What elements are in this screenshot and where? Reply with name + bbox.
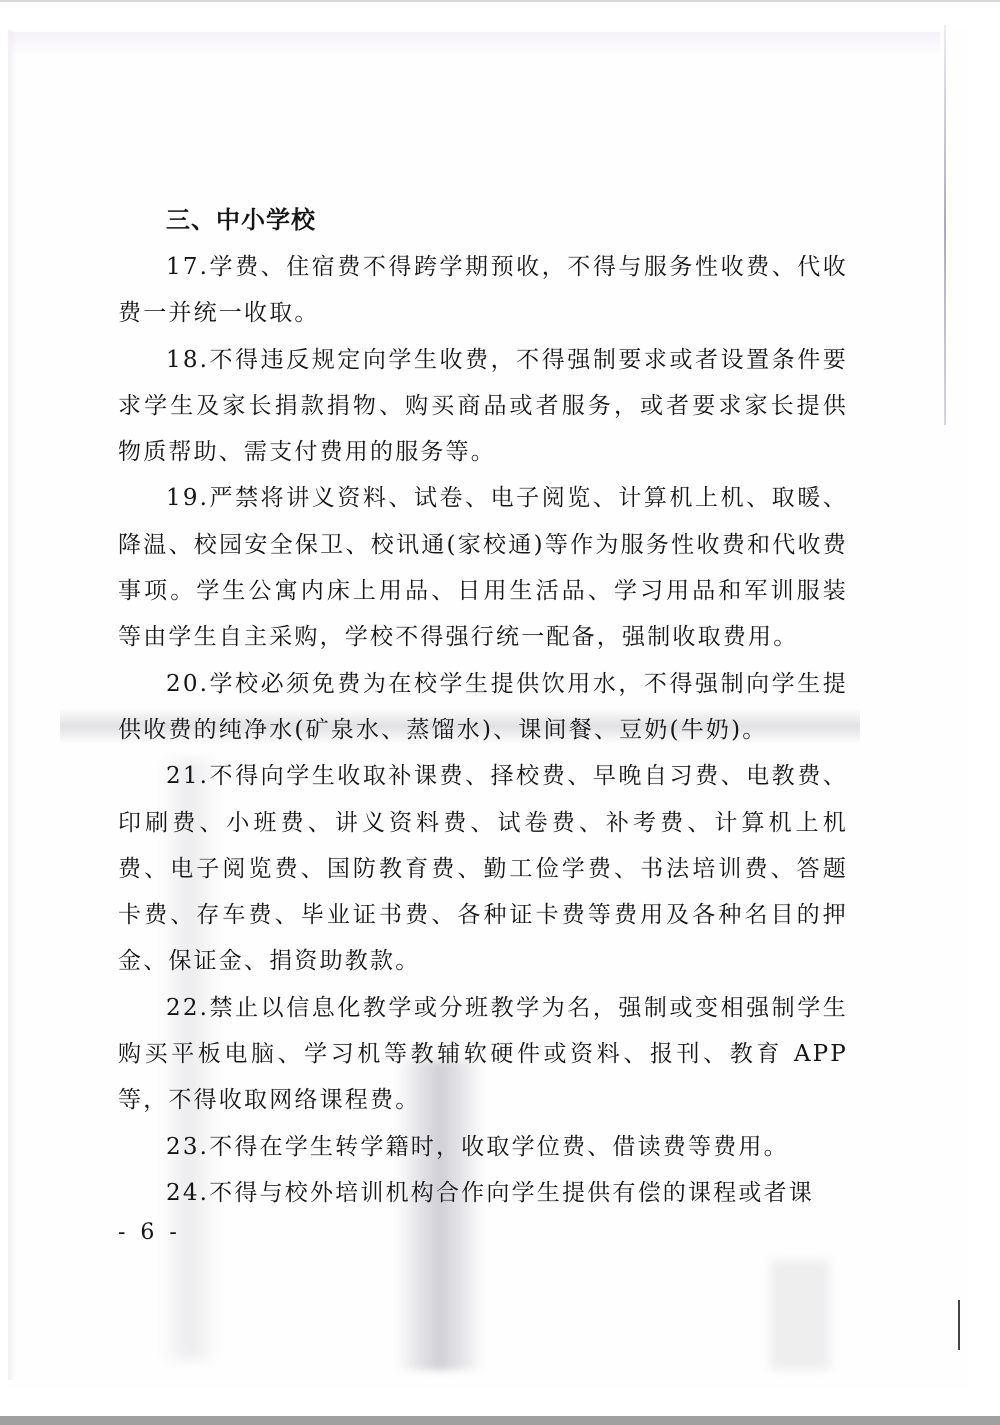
- scan-artifact-left-edge: [8, 30, 16, 1380]
- paragraph-24: 24.不得与校外培训机构合作向学生提供有偿的课程或者课: [118, 1170, 848, 1216]
- paragraph-21: 21.不得向学生收取补课费、择校费、早晚自习费、电教费、印刷费、小班费、讲义资料…: [118, 753, 848, 984]
- viewer-top-border: [0, 0, 1000, 2]
- paragraph-22: 22.禁止以信息化教学或分班教学为名，强制或变相强制学生购买平板电脑、学习机等教…: [118, 985, 848, 1124]
- scan-artifact-right-mark: [958, 1300, 960, 1350]
- paragraph-19: 19.严禁将讲义资料、试卷、电子阅览、计算机上机、取暖、降温、校园安全保卫、校讯…: [118, 475, 848, 660]
- document-body: 三、中小学校 17.学费、住宿费不得跨学期预收，不得与服务性收费、代收费一并统一…: [118, 196, 848, 1216]
- scan-artifact-right-line: [944, 25, 946, 425]
- paragraph-23: 23.不得在学生转学籍时，收取学位费、借读费等费用。: [118, 1124, 848, 1170]
- viewer-bottom-scrollbar[interactable]: [0, 1416, 1000, 1425]
- section-title: 三、中小学校: [118, 196, 848, 244]
- scan-artifact-smudge-right: [770, 1260, 830, 1370]
- paragraph-17: 17.学费、住宿费不得跨学期预收，不得与服务性收费、代收费一并统一收取。: [118, 244, 848, 337]
- page-number: - 6 -: [118, 1220, 181, 1245]
- scan-artifact-top: [10, 32, 940, 54]
- paragraph-18: 18.不得违反规定向学生收费，不得强制要求或者设置条件要求学生及家长捐款捐物、购…: [118, 337, 848, 476]
- paragraph-20: 20.学校必须免费为在校学生提供饮用水，不得强制向学生提供收费的纯净水(矿泉水、…: [118, 661, 848, 754]
